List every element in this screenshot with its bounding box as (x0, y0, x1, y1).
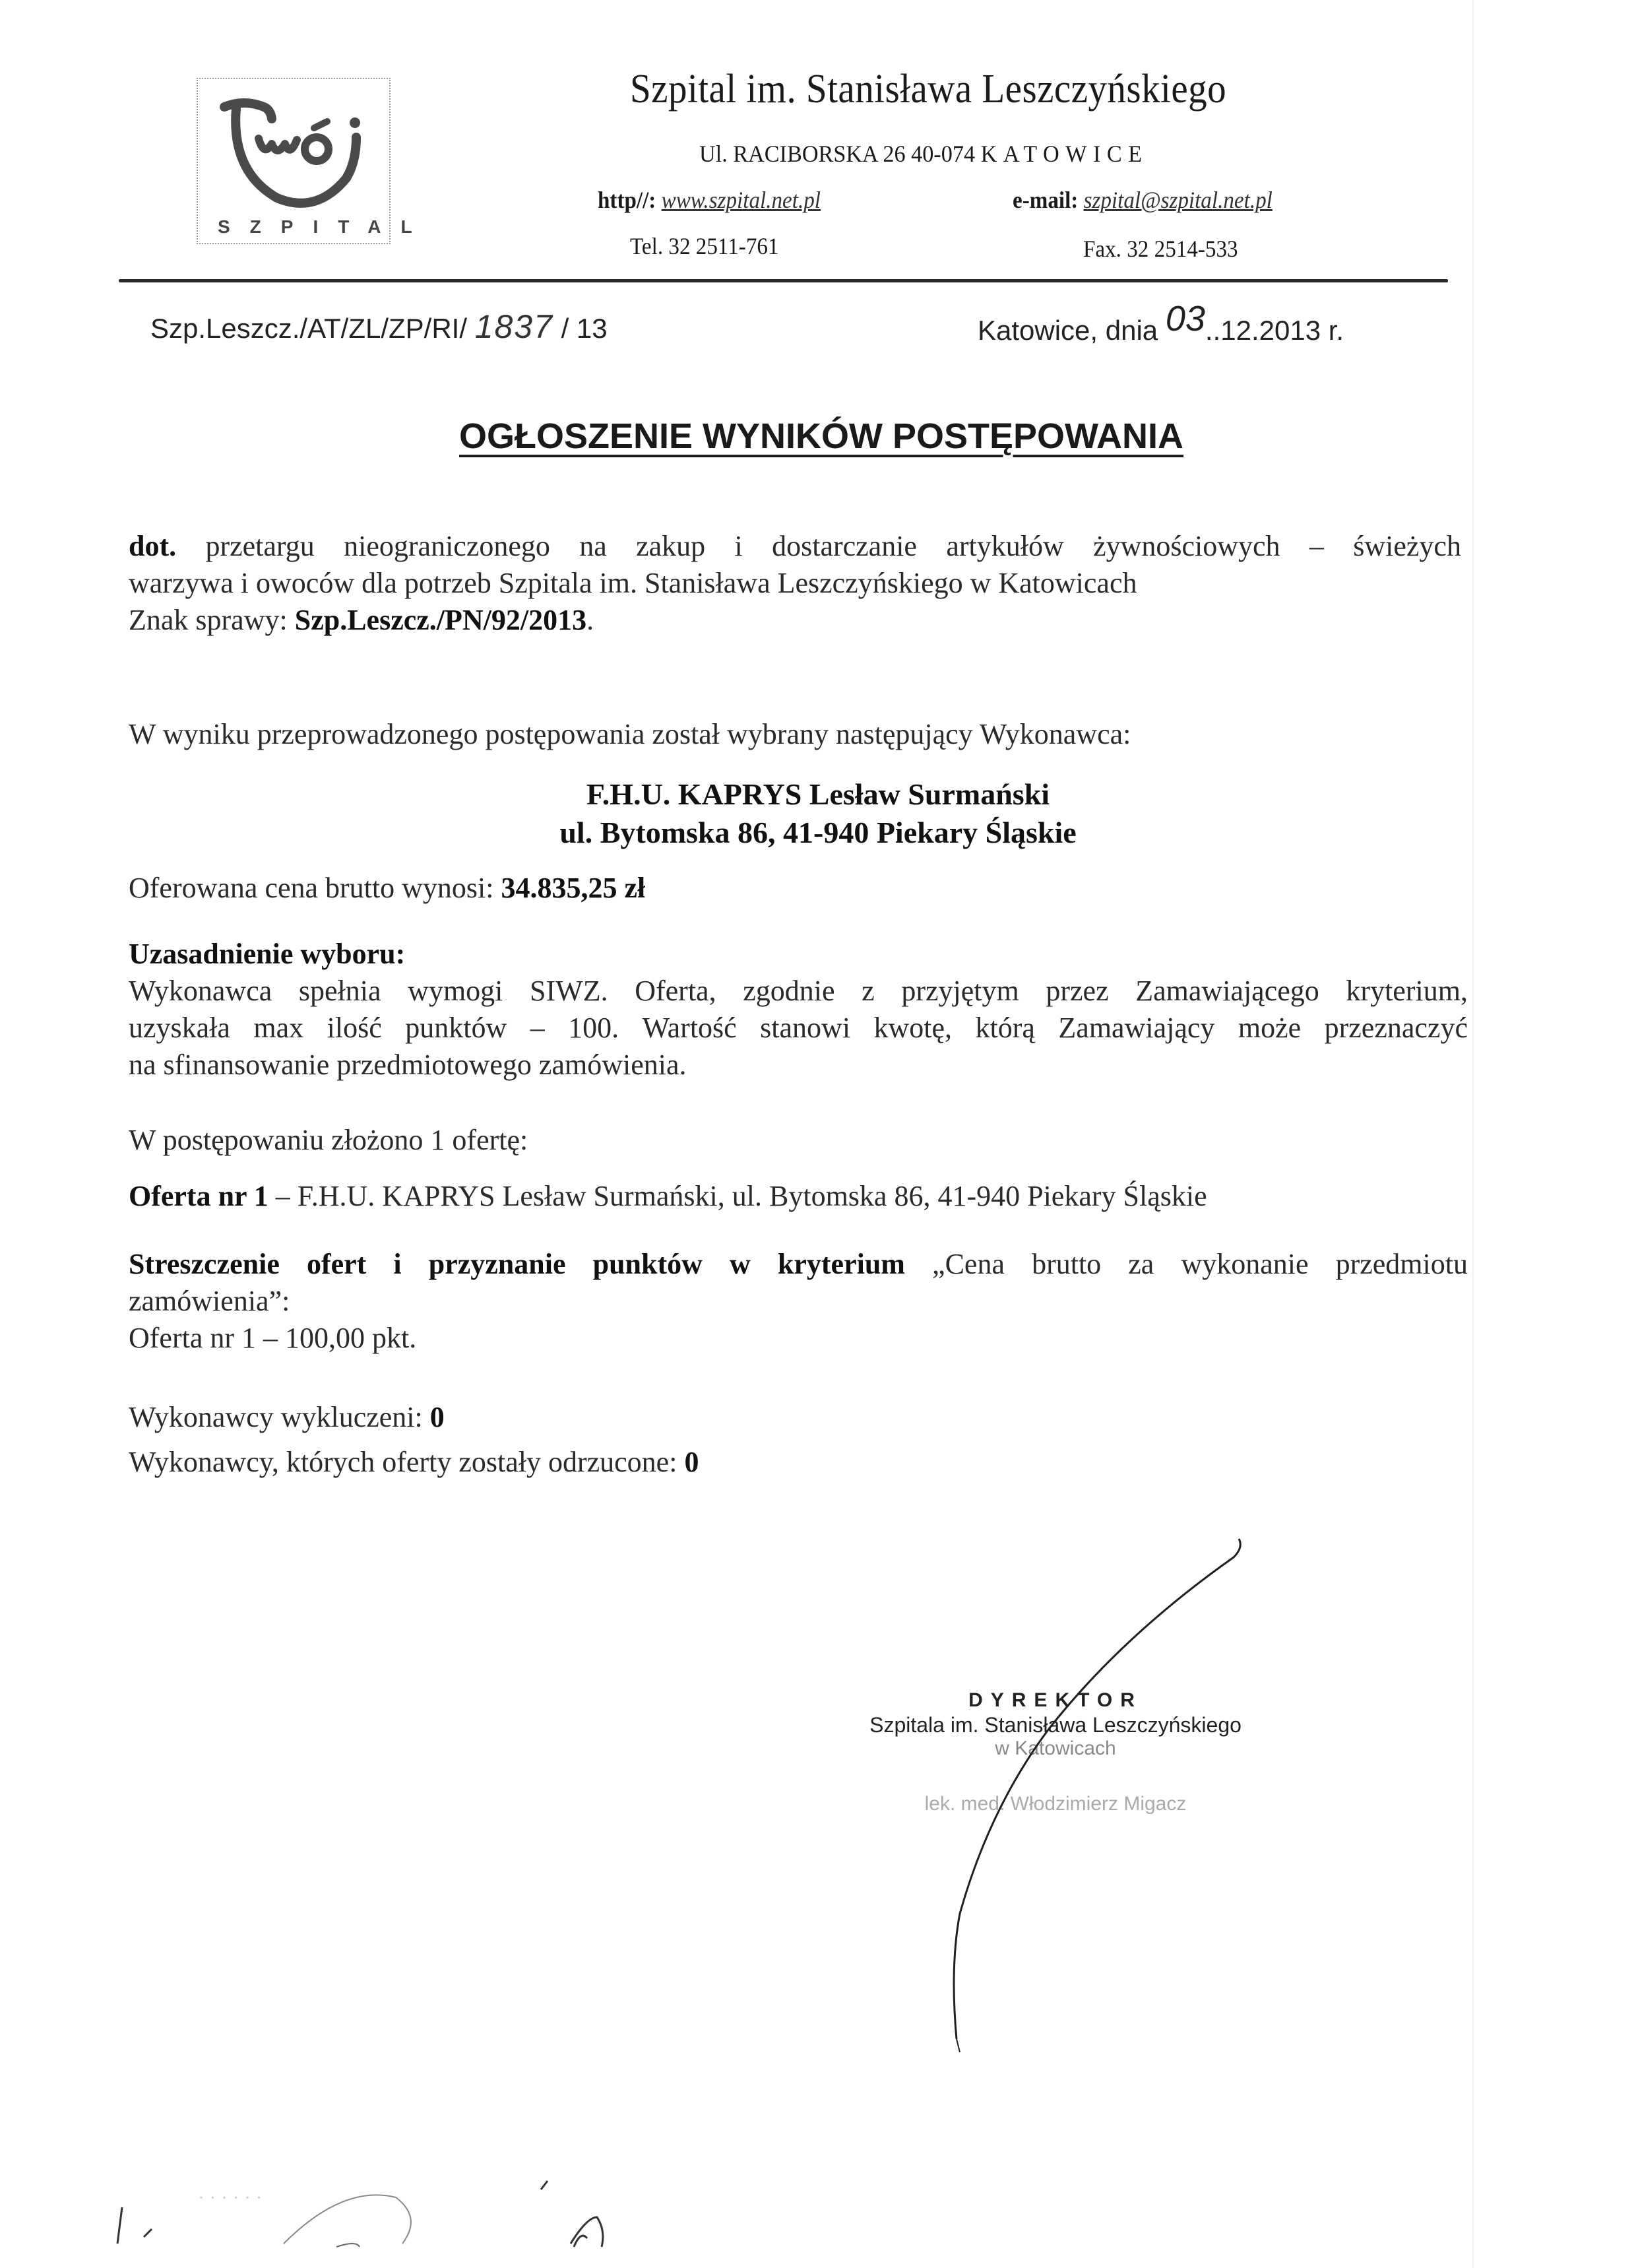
offer-1-text: – F.H.U. KAPRYS Lesław Surmański, ul. By… (268, 1180, 1207, 1212)
word: nieograniczonego (344, 528, 550, 565)
word: przyznanie (429, 1246, 566, 1283)
excluded-label: Wykonawcy wykluczeni: (129, 1401, 423, 1433)
place-and-date: Katowice, dnia 03..12.2013 r. (978, 308, 1344, 348)
document-title: OGŁOSZENIE WYNIKÓW POSTĘPOWANIA (0, 416, 1636, 457)
word: przez (1046, 973, 1108, 1010)
word: może (1238, 1010, 1301, 1047)
word: spełnia (299, 973, 381, 1010)
faded-stamp-text: · · · · · · (198, 2187, 262, 2209)
logo-wordmark: SZPITAL (198, 216, 389, 238)
word: wymogi (408, 973, 503, 1010)
email-line: e-mail: szpital@szpital.net.pl (1013, 186, 1273, 214)
word: 100. (568, 1010, 619, 1047)
word: max (253, 1010, 303, 1047)
handwritten-reference-number: 1837 (475, 308, 553, 345)
hospital-name: Szpital im. Stanisława Leszczyńskiego (630, 66, 1226, 113)
case-label: Znak sprawy: (129, 604, 288, 636)
fax-number: Fax. 32 2514-533 (1083, 235, 1238, 263)
word: przyjętym (901, 973, 1019, 1010)
word: stanowi (760, 1010, 850, 1047)
word: Oferta, (635, 973, 716, 1010)
word: kwotę, (874, 1010, 953, 1047)
word: żywnościowych (1093, 528, 1280, 565)
date-suffix: ..12.2013 r. (1205, 315, 1344, 346)
case-number: Szp.Leszcz./PN/92/2013 (295, 604, 586, 636)
stamp-role: DYREKTOR (858, 1689, 1253, 1712)
justification: Uzasadnienie wyboru: Wykonawca spełnia w… (129, 936, 1468, 1084)
word: – (1309, 528, 1324, 565)
offered-price: Oferowana cena brutto wynosi: 34.835,25 … (129, 870, 645, 907)
excluded-contractors: Wykonawcy wykluczeni: 0 (129, 1399, 445, 1436)
justification-heading: Uzasadnienie wyboru: (129, 936, 1468, 973)
word: kryterium (778, 1246, 905, 1283)
stamp-organization: Szpitala im. Stanisława Leszczyńskiego (858, 1713, 1253, 1737)
stamp-city: w Katowicach (858, 1737, 1253, 1760)
summary-line-2: zamówienia”: (129, 1283, 1468, 1320)
header-divider (119, 279, 1448, 282)
word: z (862, 973, 875, 1010)
word: – (530, 1010, 545, 1047)
word: i (735, 528, 743, 565)
word: na (579, 528, 607, 565)
selection-intro: W wyniku przeprowadzonego postępowania z… (129, 716, 1131, 753)
rejected-label: Wykonawcy, których oferty zostały odrzuc… (129, 1446, 677, 1478)
word: brutto (1032, 1246, 1101, 1283)
word: przetargu (205, 528, 314, 565)
subject-line-2: warzywa i owoców dla potrzeb Szpitala im… (129, 565, 1461, 602)
word: Zamawiający (1058, 1010, 1214, 1047)
word: punktów (593, 1246, 703, 1283)
word: którą (976, 1010, 1035, 1047)
case-end: . (586, 604, 594, 636)
reference-prefix: Szp.Leszcz./AT/ZL/ZP/RI/ (150, 313, 467, 344)
word: za (1128, 1246, 1154, 1283)
reference-number: Szp.Leszcz./AT/ZL/ZP/RI/ 1837 / 13 (150, 308, 608, 346)
word: punktów (405, 1010, 507, 1047)
word: Zamawiającego (1135, 973, 1319, 1010)
stamp-signatory-name: lek. med. Włodzimierz Migacz (858, 1793, 1253, 1815)
word: uzyskała (129, 1010, 230, 1047)
excluded-count: 0 (430, 1401, 445, 1433)
word: przedmiotu (1336, 1246, 1468, 1283)
subject-line-1: dot. przetargu nieograniczonego na zakup… (129, 528, 1461, 565)
word: ilość (327, 1010, 382, 1047)
offer-1: Oferta nr 1 – F.H.U. KAPRYS Lesław Surma… (129, 1178, 1207, 1215)
justification-line-1: Wykonawca spełnia wymogi SIWZ. Oferta, z… (129, 973, 1468, 1010)
summary-line-1: Streszczenie ofert i przyznanie punktów … (129, 1246, 1468, 1283)
price-label: Oferowana cena brutto wynosi: (129, 872, 493, 904)
word: przeznaczyć (1325, 1010, 1468, 1047)
subject-lead: dot. (129, 528, 176, 565)
hospital-address: Ul. RACIBORSKA 26 40-074 KATOWICE (699, 140, 1148, 168)
rejected-count: 0 (684, 1446, 699, 1478)
phone-number: Tel. 32 2511-761 (630, 232, 779, 260)
word: świeżych (1353, 528, 1461, 565)
word: zgodnie (743, 973, 834, 1010)
selected-contractor: F.H.U. KAPRYS Lesław Surmański ul. Bytom… (0, 775, 1636, 852)
date-prefix: Katowice, dnia (978, 315, 1158, 346)
email-label: e-mail: (1013, 187, 1078, 213)
word: wykonanie (1181, 1246, 1308, 1283)
justification-line-2: uzyskała max ilość punktów – 100. Wartoś… (129, 1010, 1468, 1047)
word: Wartość (643, 1010, 737, 1047)
director-stamp: DYREKTOR Szpitala im. Stanisława Leszczy… (858, 1689, 1253, 1815)
website-label: http//: (598, 187, 656, 213)
scan-edge-shadow (1472, 0, 1474, 2268)
word: w (730, 1246, 751, 1283)
word: zakup (636, 528, 705, 565)
word: dostarczanie (772, 528, 917, 565)
word: Streszczenie (129, 1246, 280, 1283)
rejected-offers: Wykonawcy, których oferty zostały odrzuc… (129, 1444, 699, 1481)
justification-line-3: na sfinansowanie przedmiotowego zamówien… (129, 1047, 1468, 1084)
word: Wykonawca (129, 973, 272, 1010)
reference-suffix: / 13 (561, 313, 608, 344)
scoring-summary: Streszczenie ofert i przyznanie punktów … (129, 1246, 1468, 1357)
email-link[interactable]: szpital@szpital.net.pl (1084, 187, 1273, 213)
price-value: 34.835,25 zł (501, 872, 645, 904)
website-line: http//: www.szpital.net.pl (598, 186, 821, 214)
word: i (393, 1246, 401, 1283)
handwritten-day: 03 (1166, 299, 1205, 339)
offers-count: W postępowaniu złożono 1 ofertę: (129, 1122, 528, 1159)
offer-1-label: Oferta nr 1 (129, 1180, 268, 1212)
word: artykułów (946, 528, 1063, 565)
tender-subject: dot. przetargu nieograniczonego na zakup… (129, 528, 1461, 639)
word: „Cena (932, 1246, 1005, 1283)
hospital-logo: SZPITAL (197, 78, 391, 244)
word: kryterium, (1346, 973, 1468, 1010)
website-link[interactable]: www.szpital.net.pl (662, 187, 821, 213)
offer-1-score: Oferta nr 1 – 100,00 pkt. (129, 1320, 1468, 1357)
word: SIWZ. (530, 973, 608, 1010)
contractor-name: F.H.U. KAPRYS Lesław Surmański (0, 775, 1636, 814)
contractor-address: ul. Bytomska 86, 41-940 Piekary Śląskie (0, 814, 1636, 852)
word: ofert (307, 1246, 366, 1283)
case-number-line: Znak sprawy: Szp.Leszcz./PN/92/2013. (129, 602, 1461, 639)
address-city: KATOWICE (981, 141, 1148, 167)
address-street: Ul. RACIBORSKA 26 40-074 (699, 141, 975, 167)
